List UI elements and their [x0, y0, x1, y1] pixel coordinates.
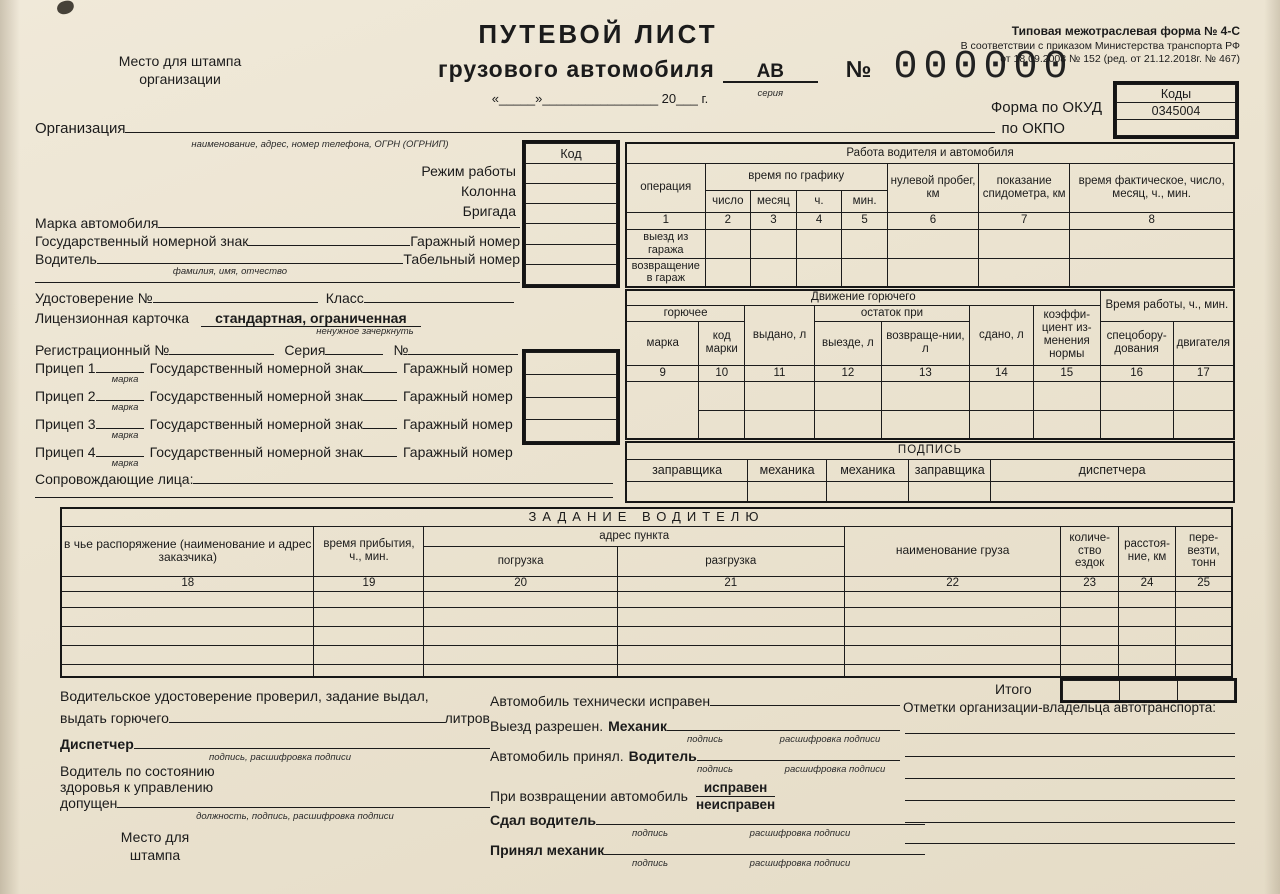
col-tons: пере-везти, тонн [1176, 526, 1232, 576]
scan-ink-artifact [56, 0, 75, 16]
col-num: 21 [617, 576, 844, 591]
trailer-1-plate-blank [363, 360, 397, 373]
license-card-label: Лицензионная карточка [35, 310, 189, 326]
task-row-cell [844, 607, 1061, 626]
cell [748, 481, 827, 502]
sign-full-hint: расшифровка подписи [730, 858, 870, 869]
section-divider [35, 282, 520, 283]
col-zero-run: нулевой пробег, км [887, 163, 978, 212]
total-trips-cell [1063, 681, 1120, 701]
ok-notok-choice: исправен неисправен [696, 780, 775, 812]
col-work-time: Время работы, ч., мин. [1100, 290, 1234, 321]
license-card-hint: ненужное зачеркнуть [245, 326, 485, 337]
task-row-cell [844, 591, 1061, 607]
license-checked-line: Водительское удостоверение проверил, зад… [60, 688, 429, 704]
col-fuel: горючее [626, 305, 745, 321]
col-engine: двигателя [1173, 321, 1234, 365]
cell [796, 229, 842, 258]
vehicle-brand-blank [158, 215, 520, 228]
trailer-2-label: Прицеп 2 [35, 388, 96, 404]
col-num: 7 [979, 212, 1070, 229]
cell [881, 410, 969, 439]
cell [969, 381, 1033, 410]
col-num: 4 [796, 212, 842, 229]
escort-label: Сопровождающие лица: [35, 471, 193, 487]
trailer-4-label: Прицеп 4 [35, 444, 96, 460]
class-blank [364, 290, 514, 303]
cell [979, 258, 1070, 287]
task-row-cell [424, 626, 617, 645]
total-label: Итого [995, 681, 1032, 697]
col-issued: выдано, л [745, 305, 815, 365]
trailer-3-brand-hint: марка [95, 430, 155, 441]
trailer-1-garage-cell [526, 353, 617, 375]
sign-mechanic: механика [827, 459, 909, 481]
escort-blank-2 [35, 497, 613, 498]
col-day: число [705, 190, 751, 212]
reg-series-blank [325, 342, 383, 355]
col-hour: ч. [796, 190, 842, 212]
task-row-cell [617, 645, 844, 664]
cell [814, 410, 881, 439]
cell [842, 229, 888, 258]
health-sign-hint: должность, подпись, расшифровка подписи [150, 811, 440, 822]
code-cell-personnel [526, 264, 617, 284]
ok-option: исправен [696, 780, 775, 797]
cell [887, 258, 978, 287]
plate-label: Государственный номерной знак [35, 233, 248, 249]
cell [705, 229, 751, 258]
col-num: 9 [626, 365, 699, 381]
col-num: 16 [1100, 365, 1173, 381]
col-num: 14 [969, 365, 1033, 381]
col-num: 15 [1033, 365, 1100, 381]
notes-line [905, 843, 1235, 844]
col-num: 20 [424, 576, 617, 591]
col-handed: сдано, л [969, 305, 1033, 365]
cell [842, 258, 888, 287]
sign-mechanic: механика [748, 459, 827, 481]
cell [1033, 410, 1100, 439]
signatures-table: ПОДПИСЬ заправщика механика механика зап… [625, 441, 1235, 503]
task-row-cell [1061, 645, 1118, 664]
col-trips-count: количе-ство ездок [1061, 526, 1118, 576]
trailer-4-garage-cell [526, 419, 617, 441]
personnel-number-label: Табельный номер [403, 251, 520, 267]
col-point-address: адрес пункта [424, 526, 844, 546]
reg-no-blank [408, 342, 518, 355]
accepted-label: Автомобиль принял. [490, 748, 624, 764]
trailer-4-brand-blank [96, 444, 144, 457]
cell [814, 381, 881, 410]
col-coef: коэффи-циент из-менения нормы [1033, 305, 1100, 365]
col-remainder-depart: выезде, л [814, 321, 881, 365]
trailer-2-garage-cell [526, 375, 617, 397]
fuel-issue-label: выдать горючего [60, 710, 169, 726]
driver-label: Водитель [35, 251, 97, 267]
sign-hint: подпись [605, 858, 695, 869]
task-row-cell [1176, 607, 1232, 626]
mechanic-label: Механик [608, 718, 667, 734]
task-row-cell [61, 626, 314, 645]
trailer-plate-label: Государственный номерной знак [150, 388, 363, 404]
series-value: АВ [723, 62, 818, 83]
okpo-code-cell [1117, 120, 1236, 136]
col-num: 10 [699, 365, 745, 381]
organization-hint: наименование, адрес, номер телефона, ОГР… [150, 139, 490, 150]
cell [699, 381, 745, 410]
sign-hint: подпись [605, 828, 695, 839]
code-cell-brigade [526, 204, 617, 224]
dispatcher-blank [134, 736, 490, 749]
col-num: 3 [751, 212, 797, 229]
trailer-garage-label: Гаражный номер [403, 444, 513, 460]
trailer-1-brand-blank [96, 360, 144, 373]
task-row-cell [1176, 645, 1232, 664]
cell [796, 258, 842, 287]
codes-box-title: Коды [1117, 85, 1236, 103]
trailer-garage-box [522, 349, 620, 445]
license-card-value: стандартная, ограниченная [201, 310, 421, 327]
form-title-line2: грузового автомобиля [438, 56, 715, 83]
task-row-cell [617, 664, 844, 677]
registration-label: Регистрационный № [35, 342, 169, 358]
task-row-cell [424, 607, 617, 626]
cell [751, 229, 797, 258]
trailer-2-brand-hint: марка [95, 402, 155, 413]
dispatcher-label: Диспетчер [60, 736, 134, 752]
reg-no-label: № [393, 342, 408, 358]
task-row-cell [1118, 607, 1175, 626]
task-row-cell [1061, 591, 1118, 607]
class-label: Класс [326, 290, 364, 306]
cell [705, 258, 751, 287]
task-row-cell [314, 664, 424, 677]
col-disposal: в чье распоряжение (наименование и адрес… [61, 526, 314, 576]
on-return-label: При возвращении автомобиль [490, 788, 688, 804]
fuel-issue-blank [169, 710, 445, 723]
trailer-plate-label: Государственный номерной знак [150, 416, 363, 432]
task-row-cell [314, 645, 424, 664]
column-label: Колонна [300, 183, 516, 199]
col-num: 5 [842, 212, 888, 229]
okpo-label: по ОКПО [1001, 120, 1065, 137]
depart-allowed-label: Выезд разрешен. [490, 718, 603, 734]
task-row-cell [61, 607, 314, 626]
okud-code-value: 0345004 [1117, 103, 1236, 120]
dispatcher-sign-hint: подпись, расшифровка подписи [160, 752, 400, 763]
cell [1173, 410, 1234, 439]
code-cell-mode [526, 164, 617, 184]
task-row-cell [424, 591, 617, 607]
sign-dispatcher: диспетчера [991, 459, 1234, 481]
registration-blank [169, 342, 274, 355]
cell [745, 410, 815, 439]
task-row-cell [844, 645, 1061, 664]
cell [626, 481, 748, 502]
col-num: 2 [705, 212, 751, 229]
date-line: «_____»________________ 20___ г. [420, 91, 780, 106]
trailer-plate-label: Государственный номерной знак [150, 360, 363, 376]
col-num: 18 [61, 576, 314, 591]
organization-label: Организация [35, 120, 125, 137]
cell [969, 410, 1033, 439]
task-row-cell [1061, 626, 1118, 645]
driver-blank [97, 251, 404, 264]
health-line-2: здоровья к управлению [60, 779, 213, 795]
notes-line [905, 733, 1235, 734]
code-cell-column [526, 184, 617, 204]
task-row-cell [1061, 607, 1118, 626]
cell [991, 481, 1234, 502]
col-operation: операция [626, 163, 705, 212]
task-row-cell [617, 607, 844, 626]
col-arrival-time: время прибытия, ч., мин. [314, 526, 424, 576]
task-row-cell [844, 626, 1061, 645]
col-num: 22 [844, 576, 1061, 591]
cell [745, 381, 815, 410]
trailer-2-plate-blank [363, 388, 397, 401]
driver-work-table: Работа водителя и автомобиля операция вр… [625, 142, 1235, 288]
stamp-place-label: Место для штампа организации [75, 52, 285, 88]
col-actual-time: время фактическое, число, месяц, ч., мин… [1070, 163, 1234, 212]
codes-box: Коды 0345004 [1113, 81, 1239, 139]
plate-blank [248, 233, 410, 246]
col-num: 23 [1061, 576, 1118, 591]
col-minute: мин. [842, 190, 888, 212]
not-ok-option: неисправен [696, 797, 775, 813]
escort-blank-1 [193, 471, 613, 484]
cell [887, 229, 978, 258]
tech-ok-label: Автомобиль технически исправен [490, 693, 710, 709]
vehicle-brand-label: Марка автомобиля [35, 215, 158, 231]
cell [909, 481, 991, 502]
code-column-box: Код [522, 140, 620, 288]
form-type-line3: от 18.09.2008 № 152 (ред. от 21.12.2018г… [820, 53, 1240, 67]
sign-refueller: заправщика [626, 459, 748, 481]
row-depart-garage: выезд из гаража [626, 229, 705, 258]
organization-blank [125, 120, 995, 133]
fuel-table-title: Движение горючего [626, 290, 1100, 305]
health-line-3: допущен [60, 795, 117, 811]
task-row-cell [1118, 591, 1175, 607]
cell [1070, 258, 1234, 287]
task-row-cell [314, 626, 424, 645]
notes-line [905, 756, 1235, 757]
notes-line [905, 800, 1235, 801]
col-schedule-time: время по графику [705, 163, 887, 190]
col-cargo-name: наименование груза [844, 526, 1061, 576]
garage-number-label: Гаражный номер [410, 233, 520, 249]
col-num: 19 [314, 576, 424, 591]
task-row-cell [1118, 645, 1175, 664]
task-row-cell [424, 645, 617, 664]
notes-line [905, 822, 1235, 823]
cell [626, 381, 699, 439]
col-remainder: остаток при [814, 305, 969, 321]
accepted-mechanic-label: Принял механик [490, 842, 604, 858]
cell [699, 410, 745, 439]
task-row-cell [424, 664, 617, 677]
task-row-cell [61, 645, 314, 664]
code-cell-garage [526, 244, 617, 264]
trailer-3-brand-blank [96, 416, 144, 429]
col-special-equipment: спецобору-дования [1100, 321, 1173, 365]
task-row-cell [617, 626, 844, 645]
task-row-cell [617, 591, 844, 607]
cell [979, 229, 1070, 258]
health-blank [117, 795, 490, 808]
task-row-cell [1118, 626, 1175, 645]
trailer-3-garage-cell [526, 397, 617, 419]
accepted-mechanic-blank [604, 842, 925, 855]
health-line-1: Водитель по состоянию [60, 763, 215, 779]
col-fuel-brand: марка [626, 321, 699, 365]
cell [1100, 381, 1173, 410]
task-table-title: ЗАДАНИЕ ВОДИТЕЛЮ [61, 508, 1232, 526]
cell [751, 258, 797, 287]
handed-driver-label: Сдал водитель [490, 812, 596, 828]
work-mode-label: Режим работы [300, 163, 516, 179]
trailer-3-plate-blank [363, 416, 397, 429]
certificate-blank [153, 290, 318, 303]
signatures-title: ПОДПИСЬ [626, 442, 1234, 459]
total-distance-cell [1120, 681, 1177, 701]
task-row-cell [1118, 664, 1175, 677]
trailer-4-plate-blank [363, 444, 397, 457]
col-num: 12 [814, 365, 881, 381]
trailer-garage-label: Гаражный номер [403, 416, 513, 432]
tech-ok-blank [710, 693, 900, 706]
trailer-1-label: Прицеп 1 [35, 360, 96, 376]
paper-left-edge-shadow [0, 0, 20, 894]
task-row-cell [1061, 664, 1118, 677]
task-row-cell [314, 607, 424, 626]
sign-hint: подпись [660, 734, 750, 745]
col-num: 11 [745, 365, 815, 381]
task-row-cell [1176, 664, 1232, 677]
owner-notes-label: Отметки организации-владельца автотрансп… [903, 700, 1216, 715]
task-row-cell [844, 664, 1061, 677]
col-num: 24 [1118, 576, 1175, 591]
col-unloading: разгрузка [617, 546, 844, 576]
task-row-cell [1176, 626, 1232, 645]
sign-refueller: заправщика [909, 459, 991, 481]
handed-driver-blank [596, 812, 925, 825]
form-type-line1: Типовая межотраслевая форма № 4-С [820, 24, 1240, 40]
col-num: 25 [1176, 576, 1232, 591]
notes-line [905, 778, 1235, 779]
col-num: 17 [1173, 365, 1234, 381]
row-return-garage: возвращение в гараж [626, 258, 705, 287]
col-speedometer: показание спидометра, км [979, 163, 1070, 212]
trailer-3-label: Прицеп 3 [35, 416, 96, 432]
trailer-plate-label: Государственный номерной знак [150, 444, 363, 460]
trailer-1-brand-hint: марка [95, 374, 155, 385]
trailer-garage-label: Гаражный номер [403, 360, 513, 376]
task-row-cell [61, 664, 314, 677]
cell [827, 481, 909, 502]
col-distance: расстоя-ние, км [1118, 526, 1175, 576]
cell [1173, 381, 1234, 410]
trailer-garage-label: Гаражный номер [403, 388, 513, 404]
col-num: 1 [626, 212, 705, 229]
col-fuel-brand-code: код марки [699, 321, 745, 365]
trailer-2-brand-blank [96, 388, 144, 401]
liters-label: литров [445, 710, 490, 726]
col-num: 13 [881, 365, 969, 381]
driver-task-table: ЗАДАНИЕ ВОДИТЕЛЮ в чье распоряжение (наи… [60, 507, 1233, 678]
form-type-line2: В соответствии с приказом Министерства т… [820, 40, 1240, 54]
sign-full-hint: расшифровка подписи [730, 828, 870, 839]
work-table-title: Работа водителя и автомобиля [626, 143, 1234, 163]
mechanic-blank [667, 718, 900, 731]
cell [1100, 410, 1173, 439]
driver-accept-blank [697, 748, 900, 761]
cell [881, 381, 969, 410]
driver-accept-label: Водитель [629, 748, 697, 764]
fuel-table: Движение горючего Время работы, ч., мин.… [625, 289, 1235, 440]
reg-series-label: Серия [284, 342, 325, 358]
task-row-cell [61, 591, 314, 607]
cell [1033, 381, 1100, 410]
col-month: месяц [751, 190, 797, 212]
col-num: 6 [887, 212, 978, 229]
okud-label: Форма по ОКУД [902, 99, 1102, 116]
certificate-label: Удостоверение № [35, 290, 153, 306]
col-remainder-return: возвраще-нии, л [881, 321, 969, 365]
sign-full-hint: расшифровка подписи [765, 734, 895, 745]
trailer-4-brand-hint: марка [95, 458, 155, 469]
driver-hint: фамилия, имя, отчество [120, 266, 340, 277]
total-tons-cell [1177, 681, 1234, 701]
cell [1070, 229, 1234, 258]
sign-hint: подпись [670, 764, 760, 775]
task-row-cell [314, 591, 424, 607]
task-row-cell [1176, 591, 1232, 607]
code-cell-brand [526, 224, 617, 244]
stamp-place-bottom: Место для штампа [75, 828, 235, 864]
col-num: 8 [1070, 212, 1234, 229]
sign-full-hint: расшифровка подписи [770, 764, 900, 775]
col-loading: погрузка [424, 546, 617, 576]
code-column-header: Код [526, 144, 617, 164]
paper-right-edge-shadow [1264, 0, 1280, 894]
